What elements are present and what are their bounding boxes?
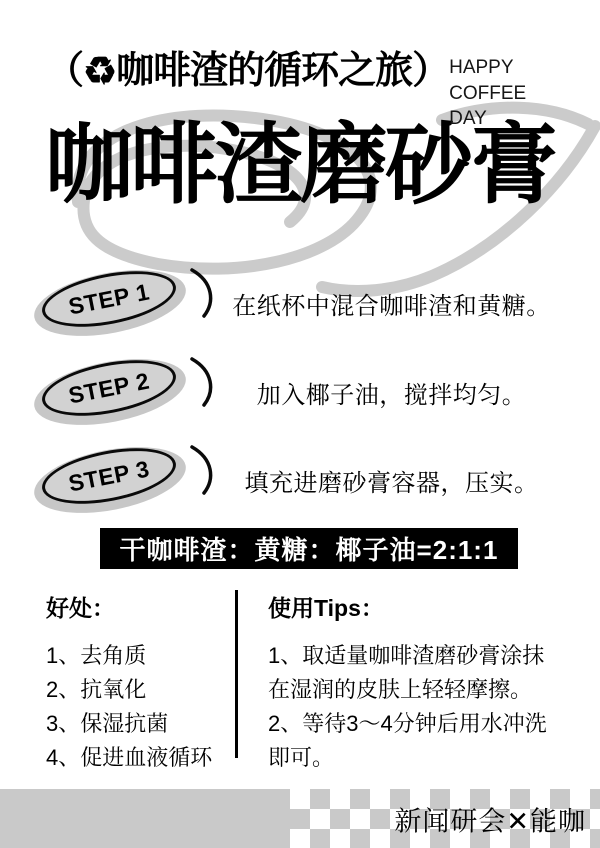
- tagline-line2: COFFEE DAY: [449, 81, 564, 132]
- tip-item: 1、取适量咖啡渣磨砂膏涂抹在湿润的皮肤上轻轻摩擦。: [268, 639, 562, 707]
- step-row-1: STEP 1 在纸杯中混合咖啡渣和黄糖。: [33, 260, 560, 346]
- step-3-badge-label: STEP 3: [66, 455, 151, 497]
- tip-item: 2、等待3～4分钟后用水冲洗即可。: [268, 707, 562, 775]
- step-1-badge: STEP 1: [33, 260, 223, 346]
- step-3-text: 填充进磨砂膏容器，压实。: [223, 463, 560, 498]
- footer-credit: 新闻研会✕能咖: [394, 799, 586, 838]
- benefit-item: 2、抗氧化: [46, 673, 235, 707]
- ratio-bar: 干咖啡渣：黄糖：椰子油=2:1:1: [100, 528, 518, 569]
- arc-flourish-icon: [187, 443, 221, 497]
- step-2-badge: STEP 2: [33, 349, 223, 435]
- tips-heading: 使用Tips：: [268, 590, 562, 623]
- tagline-line1: HAPPY: [449, 55, 564, 81]
- arc-flourish-icon: [187, 355, 221, 409]
- step-2-text: 加入椰子油，搅拌均匀。: [223, 375, 560, 410]
- info-columns: 好处： 1、去角质 2、抗氧化 3、保湿抗菌 4、促进血液循环 使用Tips： …: [46, 590, 562, 775]
- footer-gray-band: [0, 789, 290, 848]
- header: （♻咖啡渣的循环之旅） HAPPY COFFEE DAY: [46, 50, 564, 132]
- step-2-badge-label: STEP 2: [66, 367, 151, 409]
- tips-column: 使用Tips： 1、取适量咖啡渣磨砂膏涂抹在湿润的皮肤上轻轻摩擦。 2、等待3～…: [238, 590, 562, 775]
- footer: 新闻研会✕能咖: [0, 789, 600, 848]
- arc-flourish-icon: [187, 266, 221, 320]
- benefit-item: 4、促进血液循环: [46, 741, 235, 775]
- header-title-text: 咖啡渣的循环之旅）: [116, 50, 449, 92]
- step-row-2: STEP 2 加入椰子油，搅拌均匀。: [33, 349, 560, 435]
- step-1-text: 在纸杯中混合咖啡渣和黄糖。: [223, 286, 560, 321]
- tagline: HAPPY COFFEE DAY: [449, 50, 564, 132]
- header-title: （♻咖啡渣的循环之旅）: [46, 50, 449, 132]
- benefits-heading: 好处：: [46, 590, 235, 623]
- benefits-column: 好处： 1、去角质 2、抗氧化 3、保湿抗菌 4、促进血液循环: [46, 590, 235, 775]
- step-3-badge: STEP 3: [33, 437, 223, 523]
- step-row-3: STEP 3 填充进磨砂膏容器，压实。: [33, 437, 560, 523]
- recycle-icon: ♻: [83, 51, 116, 95]
- paren-open: （: [46, 50, 83, 92]
- benefit-item: 1、去角质: [46, 639, 235, 673]
- poster-page: （♻咖啡渣的循环之旅） HAPPY COFFEE DAY 咖啡渣磨砂膏 STEP…: [0, 0, 600, 848]
- step-1-badge-label: STEP 1: [66, 278, 151, 320]
- benefit-item: 3、保湿抗菌: [46, 707, 235, 741]
